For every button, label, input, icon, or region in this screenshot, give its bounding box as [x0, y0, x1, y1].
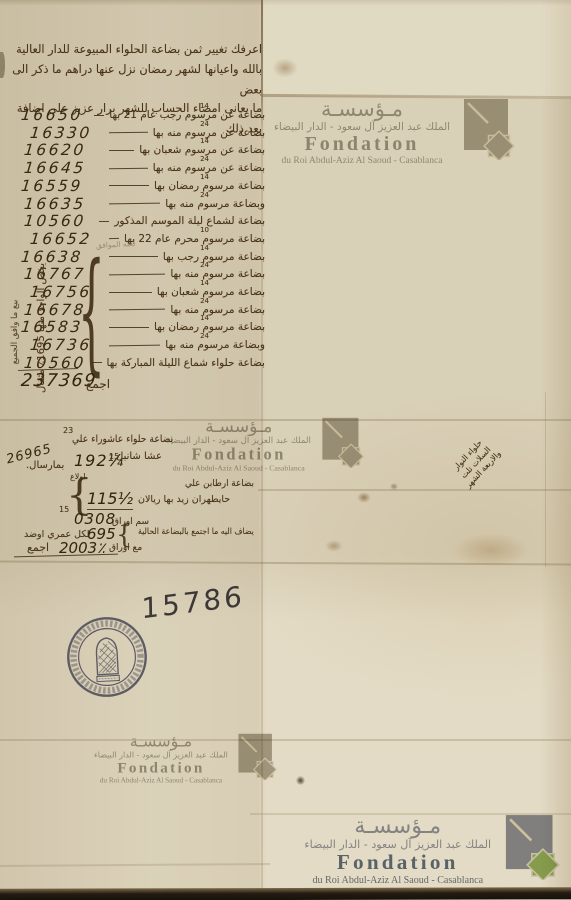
foundation-watermark-middle: مـؤسسـة الملك عبد العزيز آل سعود - الدار…	[160, 417, 364, 474]
watermark-text: مـؤسسـة الملك عبد العزيز آل سعود - الدار…	[296, 814, 500, 887]
rotated-margin-note: يخص الواحد منها 1695٪ مثقال	[36, 252, 47, 404]
ledger-superscript-date: 24	[200, 191, 209, 199]
horizontal-fold-line	[0, 419, 571, 421]
ledger-superscript-date: 14	[200, 102, 209, 110]
foundation-logo-icon	[463, 98, 515, 160]
account2-line2-right: عشا شانبل	[116, 451, 162, 462]
watermark-french-subtitle: du Roi Abdul-Aziz Al Saoud - Casablanca	[312, 874, 483, 887]
ledger-superscript-date: 24	[200, 332, 209, 340]
ledger-amount: 16650	[17, 106, 90, 124]
ledger-row: 16559 14بضاعة مرسوم رمضان بها	[18, 178, 265, 194]
horizontal-fold-line	[0, 561, 571, 566]
ledger-dash-line	[109, 309, 165, 311]
watermark-arabic-title: مـؤسسـة	[130, 733, 192, 750]
ledger-superscript-date: 24	[200, 155, 209, 163]
ledger-dash-line	[109, 203, 160, 205]
registry-number: 15786	[141, 580, 245, 626]
ledger-dash-line	[109, 256, 158, 257]
ledger-superscript-date: 10	[200, 226, 209, 234]
foundation-logo-icon	[505, 814, 560, 880]
ledger-amount: 16620	[17, 141, 105, 159]
ledger-table: 16650 14بضاعة عن مرسوم رجب عام 21 بها 16…	[18, 107, 265, 371]
foundation-watermark-bottom-left: مـؤسسـة الملك عبد العزيز آل سعود - الدار…	[88, 733, 277, 785]
horizontal-fold-line	[258, 489, 571, 491]
ledger-amount: 16635	[17, 195, 105, 213]
scanned-document-page: اعرفك تغيير ثمن بضاعة الحلواء المبيوعة ل…	[0, 0, 571, 900]
ledger-dash-line	[109, 344, 160, 346]
paper-stain	[325, 540, 343, 552]
grouping-brace: {	[78, 247, 105, 377]
ledger-dash-line	[109, 132, 148, 134]
ledger-row: 16635 24وبضاعة مرسوم منه بها	[18, 196, 265, 212]
account2-line5: يضاف اليه ما اجتمع بالبضاعة الحالية	[138, 527, 254, 537]
ledger-amount: 16559	[17, 177, 105, 195]
account2-line2-left: بمارسال.	[26, 460, 64, 471]
vertical-fold-line	[545, 392, 546, 567]
ledger-description: 24وبضاعة مرسوم منه بها	[165, 339, 265, 351]
ledger-superscript-date: 14	[200, 244, 209, 252]
watermark-text: مـؤسسـة الملك عبد العزيز آل سعود - الدار…	[88, 733, 234, 785]
header-line: اعرفك تغيير ثمن بضاعة الحلواء المبيوعة ل…	[10, 40, 262, 60]
paper-stain	[452, 533, 530, 567]
ledger-amount: 16645	[17, 159, 105, 177]
round-ink-stamp	[62, 612, 152, 702]
watermark-arabic-subtitle: الملك عبد العزيز آل سعود - الدار البيضاء	[304, 837, 491, 852]
ledger-superscript-date: 24	[200, 297, 209, 305]
watermark-text: مـؤسسـة الملك عبد العزيز آل سعود - الدار…	[266, 98, 458, 167]
ledger-dash-line	[94, 115, 104, 116]
scan-edge-strip	[0, 887, 571, 900]
ledger-description: 14بضاعة مرسوم رمضان بها	[154, 321, 265, 333]
ledger-description: 14بضاعة مرسوم رجب بها	[163, 251, 265, 263]
paper-stain	[272, 58, 298, 78]
ledger-superscript-date: 24	[200, 261, 209, 269]
ledger-dash-line	[109, 327, 149, 328]
ledger-dash-line	[109, 292, 152, 293]
ledger-dash-line	[99, 221, 109, 222]
foundation-logo-icon	[238, 733, 278, 780]
watermark-french-title: Fondation	[337, 852, 459, 874]
ledger-amount: 10560	[17, 212, 95, 230]
watermark-arabic-title: مـؤسسـة	[321, 98, 403, 120]
watermark-arabic-title: مـؤسسـة	[205, 417, 272, 435]
header-line: بالله واعيانها لشهر رمضان نزل عنها دراهم…	[10, 59, 262, 99]
foundation-logo-icon	[322, 417, 365, 468]
watermark-french-title: Fondation	[305, 134, 420, 155]
ledger-dash-line	[109, 150, 134, 151]
ledger-row: 16767 24بضاعة مرسوم منه بها	[18, 266, 265, 282]
horizontal-fold-line	[262, 94, 571, 99]
ledger-row: 16583 14بضاعة مرسوم رمضان بها	[18, 319, 265, 335]
watermark-french-title: Fondation	[192, 447, 286, 464]
paper-stain	[357, 492, 371, 503]
ledger-description: 10بضاعة مرسوم محرم عام 22 بها	[124, 233, 265, 245]
ledger-row: 16736 24وبضاعة مرسوم منه بها	[18, 337, 265, 353]
watermark-arabic-title: مـؤسسـة	[354, 814, 441, 837]
diagonal-annotation: حلواء النوارالسلات تلتوالاربعة الشهر	[437, 423, 515, 503]
watermark-arabic-subtitle: الملك عبد العزيز آل سعود - الدار البيضاء	[94, 750, 228, 761]
account2-line4: حايطهران زيد بها ريالان	[138, 494, 230, 505]
horizontal-fold-line	[0, 739, 571, 741]
ledger-row: 16645 24بضاعة عن مرسوم منه بها	[18, 160, 265, 176]
ledger-amount: 16330	[17, 124, 105, 142]
ledger-row: 16638 14بضاعة مرسوم رجب بها	[18, 249, 265, 265]
ledger-row: 10560 بضاعة لشماع ليلة الموسم المذكور	[18, 213, 265, 229]
foundation-watermark-top-right: مـؤسسـة الملك عبد العزيز آل سعود - الدار…	[266, 98, 515, 167]
account2-total-value: 2003٪	[59, 539, 105, 557]
ledger-description: 14بضاعة عن مرسوم رجب عام 21 بها	[109, 109, 265, 121]
account2-line3: بضاعة ارطابن علي	[185, 478, 254, 489]
ledger-dash-line	[109, 185, 149, 186]
watermark-french-subtitle: du Roi Abdul-Aziz Al Saoud - Casablanca	[173, 464, 305, 474]
ledger-total-label: اجمع	[86, 377, 110, 391]
ledger-dash-line	[109, 167, 148, 169]
ledger-row: 16330 24بضاعة عن مرسوم منه بها	[18, 125, 265, 141]
ledger-superscript-date: 14	[200, 137, 209, 145]
horizontal-fold-line	[250, 813, 571, 815]
ledger-superscript-date: 14	[200, 314, 209, 322]
paper-edge-nick	[0, 52, 5, 78]
ledger-row: 16650 14بضاعة عن مرسوم رجب عام 21 بها	[18, 107, 265, 123]
account2-line1: بضاعة حلواء عاشوراء علي	[72, 434, 173, 445]
horizontal-fold-line	[0, 863, 270, 867]
paper-flap-highlight	[262, 0, 571, 96]
account2-total-label: اجمع	[27, 541, 49, 554]
ledger-description: 24وبضاعة مرسوم منه بها	[165, 198, 265, 210]
watermark-arabic-subtitle: الملك عبد العزيز آل سعود - الدار البيضاء	[274, 120, 450, 134]
paper-stain	[390, 483, 398, 490]
ledger-row: 16652 10بضاعة مرسوم محرم عام 22 بها	[18, 231, 265, 247]
watermark-french-subtitle: du Roi Abdul-Aziz Al Saoud - Casablanca	[282, 155, 443, 167]
watermark-text: مـؤسسـة الملك عبد العزيز آل سعود - الدار…	[160, 417, 317, 474]
ledger-superscript-date: 14	[200, 173, 209, 181]
ledger-row: 16678 24بضاعة مرسوم منه بها	[18, 302, 265, 318]
ledger-superscript-date: 24	[200, 120, 209, 128]
ledger-superscript-date: 14	[200, 279, 209, 287]
ledger-row: 16620 14بضاعة عن مرسوم شعبان بها	[18, 142, 265, 158]
account2-total-suffix: مع اوراق	[109, 543, 142, 553]
ledger-description: بضاعة حلواء شماع الليلة المباركة بها	[107, 357, 265, 369]
ledger-description: 14بضاعة مرسوم شعبان بها	[157, 286, 265, 298]
ink-fleck	[296, 776, 305, 785]
ledger-description: بضاعة لشماع ليلة الموسم المذكور	[114, 215, 265, 227]
superscript-number: 15	[59, 505, 69, 514]
ledger-row: 16756 14بضاعة مرسوم شعبان بها	[18, 284, 265, 300]
ledger-dash-line	[109, 273, 165, 275]
watermark-arabic-subtitle: الملك عبد العزيز آل سعود - الدار البيضاء	[167, 435, 311, 446]
watermark-french-subtitle: du Roi Abdul-Aziz Al Saoud - Casablanca	[100, 776, 222, 785]
foundation-watermark-bottom-right: مـؤسسـة الملك عبد العزيز آل سعود - الدار…	[296, 814, 560, 887]
watermark-french-title: Fondation	[117, 760, 204, 776]
amount-115: 115½	[87, 489, 133, 510]
rotated-margin-note-2: بيع ما وافق الجميع	[10, 252, 20, 412]
ledger-description: 14بضاعة مرسوم رمضان بها	[154, 180, 265, 192]
ledger-description: 24بضاعة مرسوم منه بها	[170, 268, 265, 280]
ledger-description: 24بضاعة مرسوم منه بها	[170, 304, 265, 316]
